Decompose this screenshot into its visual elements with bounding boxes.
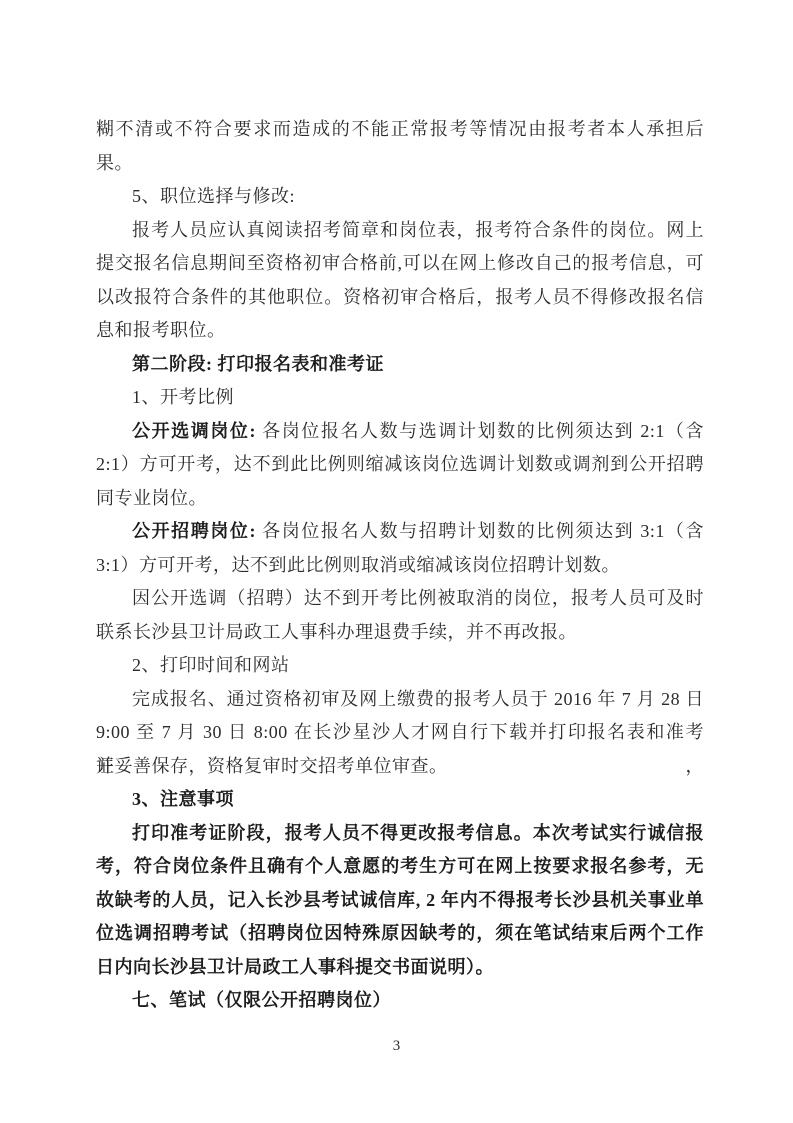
paragraph-line: 3:1）方可开考，达不到此比例则取消或缩减该岗位招聘计划数。 <box>96 549 704 583</box>
paragraph-line: 糊不清或不符合要求而造成的不能正常报考等情况由报考者本人承担后 <box>96 113 704 147</box>
open-transfer-text: 各岗位报名人数与选调计划数的比例须达到 2:1（含 <box>256 421 704 441</box>
document-body: 糊不清或不符合要求而造成的不能正常报考等情况由报考者本人承担后 果。 5、职位选… <box>96 113 704 1018</box>
open-transfer-label: 公开选调岗位: <box>132 421 256 441</box>
document-page: 糊不清或不符合要求而造成的不能正常报考等情况由报考者本人承担后 果。 5、职位选… <box>0 0 793 1123</box>
paragraph-line: 同专业岗位。 <box>96 482 704 516</box>
notice-paragraph-line: 位选调招聘考试（招聘岗位因特殊原因缺考的，须在笔试结束后两个工作 <box>96 917 704 951</box>
paragraph-line: 因公开选调（招聘）达不到开考比例被取消的岗位，报考人员可及时 <box>96 582 704 616</box>
open-recruit-text: 各岗位报名人数与招聘计划数的比例须达到 3:1（含 <box>256 521 704 541</box>
paragraph-line: 9:00 至 7 月 30 日 8:00 在长沙星沙人才网自行下载并打印报名表和… <box>96 716 704 750</box>
open-recruit-label: 公开招聘岗位: <box>132 521 256 541</box>
paragraph-line: 果。 <box>96 147 704 181</box>
open-recruit-ratio-line: 公开招聘岗位: 各岗位报名人数与招聘计划数的比例须达到 3:1（含 <box>96 515 704 549</box>
paragraph-line: 联系长沙县卫计局政工人事科办理退费手续，并不再改报。 <box>96 616 704 650</box>
paragraph-line: 息和报考职位。 <box>96 314 704 348</box>
notice-paragraph-line: 打印准考证阶段，报考人员不得更改报考信息。本次考试实行诚信报 <box>96 817 704 851</box>
stage-2-heading: 第二阶段: 打印报名表和准考证 <box>96 348 704 382</box>
open-transfer-ratio-line: 公开选调岗位: 各岗位报名人数与选调计划数的比例须达到 2:1（含 <box>96 415 704 449</box>
paragraph-line: 完成报名、通过资格初审及网上缴费的报考人员于 2016 年 7 月 28 日 <box>96 683 704 717</box>
paragraph-line: 以改报符合条件的其他职位。资格初审合格后，报考人员不得修改报名信 <box>96 281 704 315</box>
item-1-heading: 1、开考比例 <box>96 381 704 415</box>
paragraph-line: 提交报名信息期间至资格初审合格前,可以在网上修改自己的报考信息，可 <box>96 247 704 281</box>
item-2-heading: 2、打印时间和网站 <box>96 649 704 683</box>
section-7-heading: 七、笔试（仅限公开招聘岗位） <box>96 984 704 1018</box>
notice-paragraph-line: 考，符合岗位条件且确有个人意愿的考生方可在网上按要求报名参考，无 <box>96 850 704 884</box>
item-3-heading: 3、注意事项 <box>96 783 704 817</box>
notice-paragraph-line: 故缺考的人员，记入长沙县考试诚信库, 2 年内不得报考长沙县机关事业单 <box>96 884 704 918</box>
page-number: 3 <box>0 1038 793 1055</box>
paragraph-line: 报考人员应认真阅读招考简章和岗位表，报考符合条件的岗位。网上 <box>96 214 704 248</box>
paragraph-line: 2:1）方可开考，达不到此比例则缩减该岗位选调计划数或调剂到公开招聘 <box>96 448 704 482</box>
item-5-heading: 5、职位选择与修改: <box>96 180 704 214</box>
notice-paragraph-line: 日内向长沙县卫计局政工人事科提交书面说明）。 <box>96 951 704 985</box>
